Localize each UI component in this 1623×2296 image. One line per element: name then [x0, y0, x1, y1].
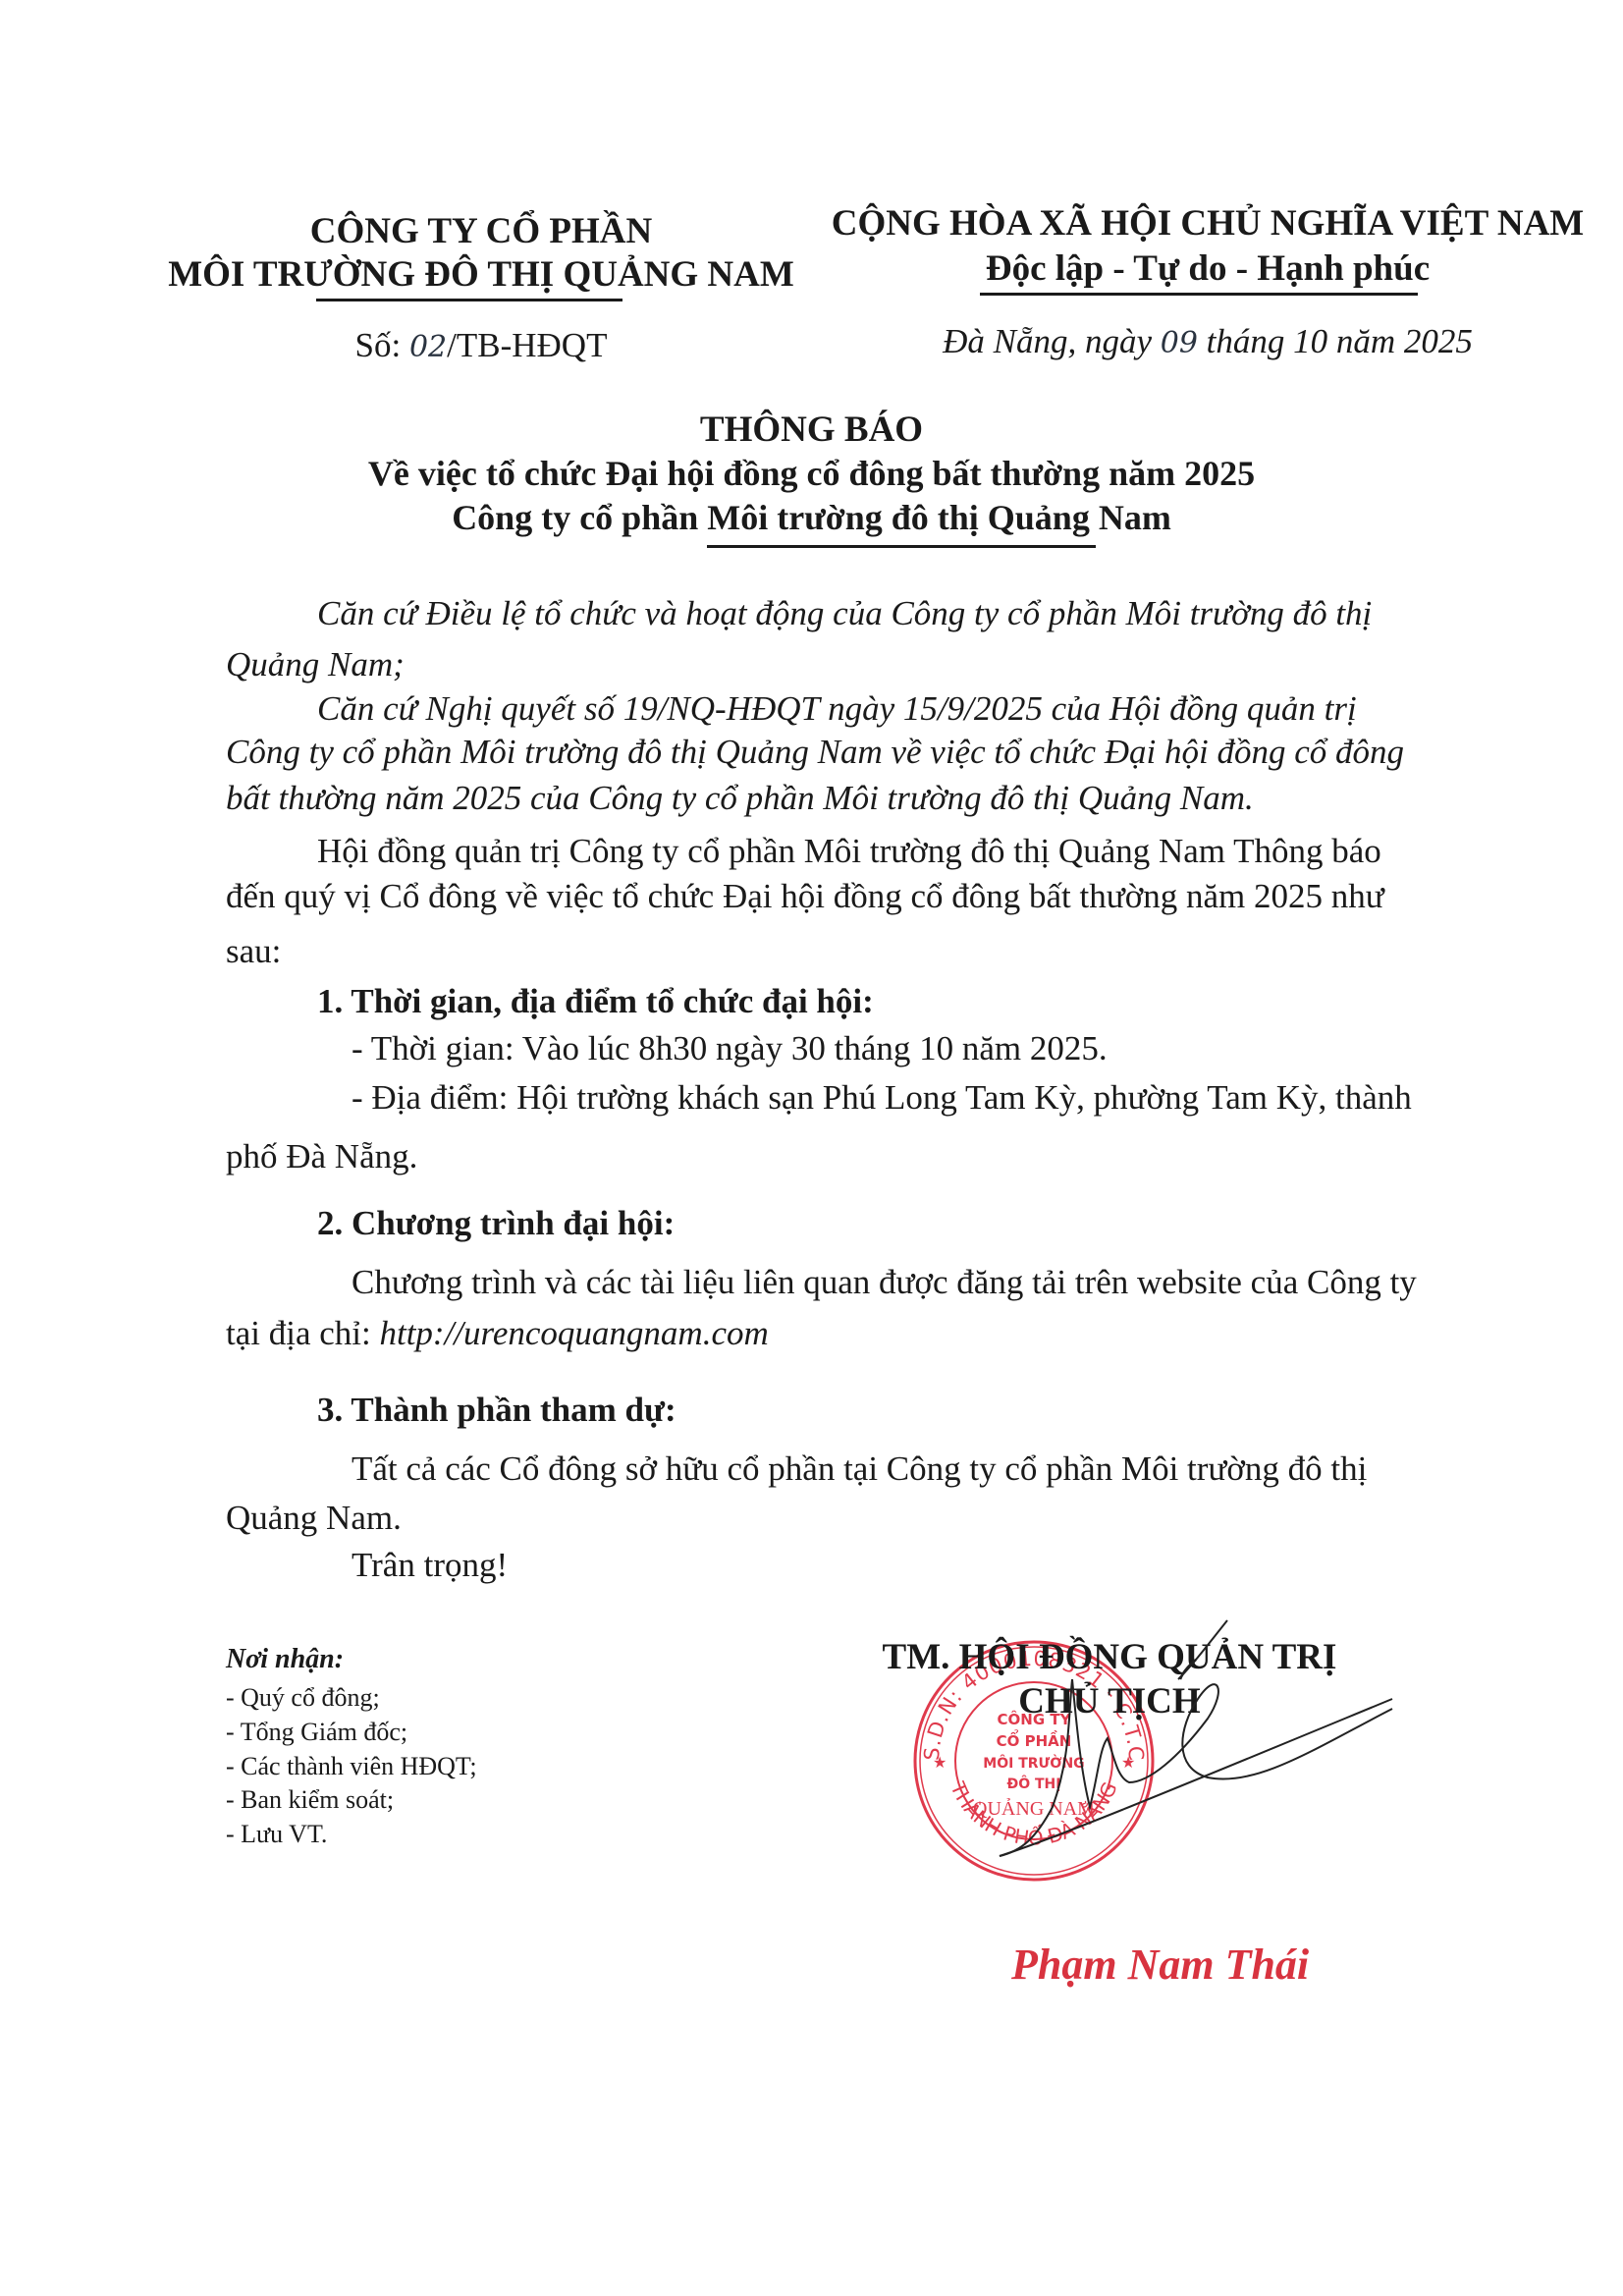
section-2-line1: Chương trình và các tài liệu liên quan đ… — [352, 1263, 1417, 1302]
section-3-line1: Tất cả các Cổ đông sở hữu cổ phần tại Cô… — [352, 1449, 1367, 1489]
number-handwritten: 02 — [409, 330, 447, 364]
section-2-line2: tại địa chỉ: http://urencoquangnam.com — [226, 1314, 769, 1353]
recipients-title: Nơi nhận: — [226, 1644, 344, 1675]
place-date: Đà Nẵng, ngày 09 tháng 10 năm 2025 — [825, 322, 1591, 361]
number-suffix: /TB-HĐQT — [447, 326, 607, 364]
preamble-2-line3: bất thường năm 2025 của Công ty cổ phần … — [226, 779, 1254, 818]
document-number: Số: 02/TB-HĐQT — [167, 326, 795, 365]
preamble-1-line1: Căn cứ Điều lệ tổ chức và hoạt động của … — [317, 594, 1372, 633]
document-subtitle-1: Về việc tổ chức Đại hội đồng cổ đông bất… — [0, 453, 1623, 494]
handwritten-signature-icon — [982, 1611, 1394, 1935]
preamble-1-line2: Quảng Nam; — [226, 645, 405, 684]
company-name-line2: MÔI TRƯỜNG ĐÔ THỊ QUẢNG NAM — [167, 253, 795, 297]
section-2-heading: 2. Chương trình đại hội: — [317, 1204, 675, 1243]
closing: Trân trọng! — [352, 1546, 508, 1585]
section-3-line2: Quảng Nam. — [226, 1499, 402, 1538]
intro-line1: Hội đồng quản trị Công ty cổ phần Môi tr… — [317, 832, 1381, 871]
date-day-handwritten: 09 — [1161, 326, 1198, 360]
document-title: THÔNG BÁO — [0, 409, 1623, 451]
section-1-location-cont: phố Đà Nẵng. — [226, 1137, 417, 1176]
recipient-item: - Lưu VT. — [226, 1817, 327, 1851]
preamble-2-line1: Căn cứ Nghị quyết số 19/NQ-HĐQT ngày 15/… — [317, 689, 1357, 729]
motto-underline — [980, 293, 1418, 296]
recipient-item: - Các thành viên HĐQT; — [226, 1749, 477, 1783]
date-suffix: tháng 10 năm 2025 — [1207, 322, 1473, 360]
intro-line3: sau: — [226, 932, 281, 971]
intro-line2: đến quý vị Cổ đông về việc tổ chức Đại h… — [226, 877, 1384, 916]
svg-text:★: ★ — [933, 1753, 947, 1772]
recipient-item: - Tổng Giám đốc; — [226, 1715, 407, 1749]
preamble-2-line2: Công ty cổ phần Môi trường đô thị Quảng … — [226, 733, 1404, 772]
number-prefix: Số: — [355, 326, 402, 364]
section-1-heading: 1. Thời gian, địa điểm tổ chức đại hội: — [317, 982, 874, 1021]
address-label: tại địa chỉ: — [226, 1314, 371, 1352]
date-prefix: Đà Nẵng, ngày — [943, 322, 1152, 360]
company-name-line1: CÔNG TY CỔ PHẦN — [167, 210, 795, 253]
title-underline — [707, 545, 1096, 548]
document-subtitle-2: Công ty cổ phần Môi trường đô thị Quảng … — [0, 497, 1623, 538]
section-1-location: - Địa điểm: Hội trường khách sạn Phú Lon… — [352, 1078, 1412, 1118]
signer-name: Phạm Nam Thái — [1011, 1940, 1309, 1990]
website-link[interactable]: http://urencoquangnam.com — [379, 1314, 768, 1352]
section-3-heading: 3. Thành phần tham dự: — [317, 1391, 676, 1430]
nation-title: CỘNG HÒA XÃ HỘI CHỦ NGHĨA VIỆT NAM — [825, 202, 1591, 246]
company-underline — [316, 299, 622, 301]
recipient-item: - Quý cổ đông; — [226, 1680, 380, 1715]
section-1-time: - Thời gian: Vào lúc 8h30 ngày 30 tháng … — [352, 1029, 1108, 1068]
recipient-item: - Ban kiểm soát; — [226, 1782, 394, 1817]
nation-motto: Độc lập - Tự do - Hạnh phúc — [825, 247, 1591, 291]
